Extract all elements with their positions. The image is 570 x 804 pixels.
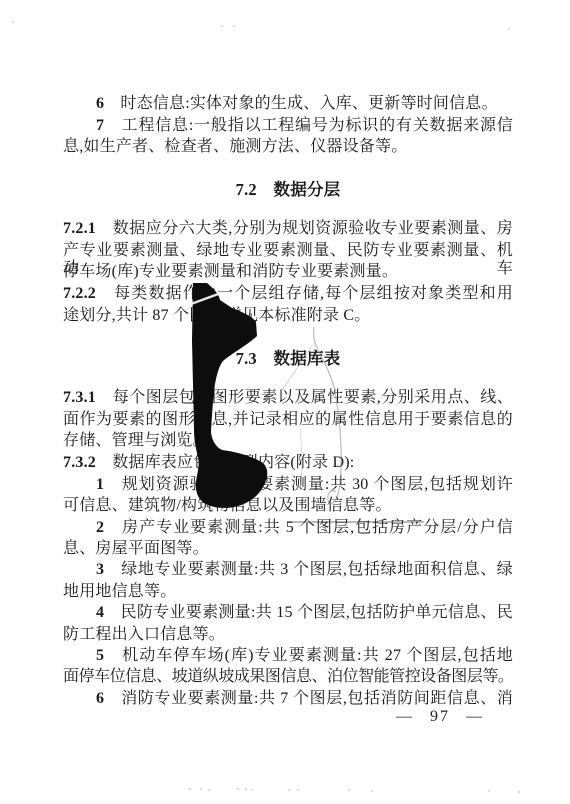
item-number: 2 xyxy=(96,519,104,536)
clause-7-2-2-line1: 7.2.2 每类数据作为一个层组存储,每个层组按对象类型和用 xyxy=(63,285,513,303)
item-3-greenland-line2: 地用地信息等。 xyxy=(63,583,513,601)
heading-7-3-database-tables: 7.3 数据库表 xyxy=(63,350,513,368)
item-1-planning-line1: 1 规划资源验收专业要素测量:共 30 个图层,包括规划许 xyxy=(96,476,513,494)
clause-7-3-2-line1: 7.3.2 数据库表应包括下列内容(附录 D): xyxy=(63,454,513,472)
item-number: 7.2 xyxy=(236,180,257,199)
item-number: 7.3.1 xyxy=(63,389,96,406)
item-7-project-info-line1: 7 工程信息:一般指以工程编号为标识的有关数据来源信 xyxy=(96,117,513,135)
heading-7-2-data-layers: 7.2 数据分层 xyxy=(63,181,513,199)
page-number: — 97 — xyxy=(396,708,484,726)
item-7-project-info-line2: 息,如生产者、检查者、施测方法、仪器设备等。 xyxy=(63,138,513,156)
item-1-planning-line2: 可信息、建筑物/构筑物信息以及围墙信息等。 xyxy=(63,497,513,515)
item-number: 7.2.2 xyxy=(63,285,96,302)
item-number: 7.3.2 xyxy=(63,454,96,471)
clause-7-3-1-line3: 存储、管理与浏览。 xyxy=(63,432,513,450)
item-number: 3 xyxy=(96,561,104,578)
item-5-parking-line1: 5 机动车停车场(库)专业要素测量:共 27 个图层,包括地 xyxy=(96,647,513,665)
item-number: 5 xyxy=(96,647,104,664)
item-6-fire-line1: 6 消防专业要素测量:共 7 个图层,包括消防间距信息、消 xyxy=(96,690,513,708)
item-number: 1 xyxy=(96,476,104,493)
clause-7-2-1-line3: 停车场(库)专业要素测量和消防专业要素测量。 xyxy=(63,263,513,281)
clause-7-2-1-line1: 7.2.1 数据应分六大类,分别为规划资源验收专业要素测量、房 xyxy=(63,220,513,238)
scanned-document-page: 6 时态信息:实体对象的生成、入库、更新等时间信息。7 工程信息:一般指以工程编… xyxy=(0,0,570,804)
item-number: 6 xyxy=(96,690,104,707)
item-number: 4 xyxy=(96,604,104,621)
clause-7-3-1-line1: 7.3.1 每个图层包括图形要素以及属性要素,分别采用点、线、 xyxy=(63,389,513,407)
item-2-housing-line2: 息、房屋平面图等。 xyxy=(63,540,513,558)
item-4-civil-defense-line1: 4 民防专业要素测量:共 15 个图层,包括防护单元信息、民 xyxy=(96,604,513,622)
item-4-civil-defense-line2: 防工程出入口信息等。 xyxy=(63,626,513,644)
clause-7-2-2-line2: 途划分,共计 87 个图层,详见本标准附录 C。 xyxy=(63,307,513,325)
item-number: 7.3 xyxy=(236,349,257,368)
item-number: 7 xyxy=(96,117,104,134)
item-6-time-info-line1: 6 时态信息:实体对象的生成、入库、更新等时间信息。 xyxy=(96,95,513,113)
item-5-parking-line2: 面停车位信息、坡道纵坡成果图信息、泊位智能管控设备图层等。 xyxy=(63,668,513,686)
item-2-housing-line1: 2 房产专业要素测量:共 5 个图层,包括房产分层/分户信 xyxy=(96,519,513,537)
item-3-greenland-line1: 3 绿地专业要素测量:共 3 个图层,包括绿地面积信息、绿 xyxy=(96,561,513,579)
item-number: 6 xyxy=(96,95,104,112)
clause-7-3-1-line2: 面作为要素的图形信息,并记录相应的属性信息用于要素信息的 xyxy=(63,411,513,429)
item-number: 7.2.1 xyxy=(63,220,96,237)
